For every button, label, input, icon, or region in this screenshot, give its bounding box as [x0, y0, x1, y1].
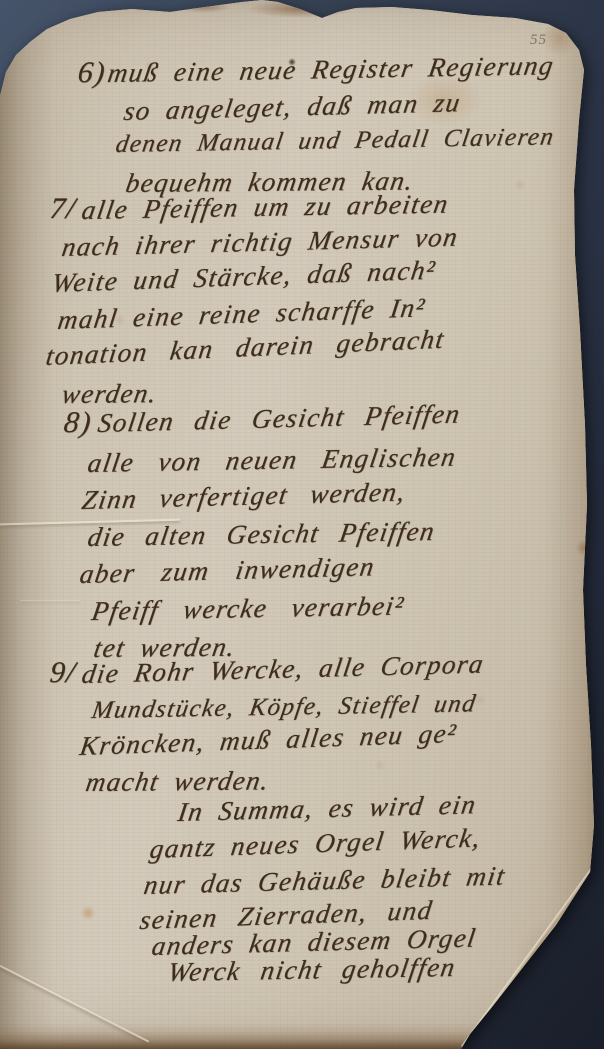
entry-number-7: 7/: [48, 194, 77, 224]
manuscript-line: Mundstücke, Köpfe, Stieffel und: [90, 691, 478, 723]
manuscript-line: Weite und Stärcke, daß nach²: [50, 257, 437, 297]
entry-number-9: 9/: [48, 658, 77, 688]
closing-line: nur das Gehäuße bleibt mit: [142, 863, 507, 899]
manuscript-page: 55 6) muß eine neue Register Regierung s…: [0, 0, 604, 1049]
manuscript-line: macht werden.: [84, 767, 272, 796]
manuscript-line: denen Manual und Pedall Clavieren: [114, 124, 556, 157]
manuscript-line: Zinn verfertiget werden,: [80, 479, 408, 514]
manuscript-line: muß eine neue Register Regierung: [106, 52, 556, 87]
crease-line: [0, 964, 149, 1043]
manuscript-line: die alten Gesicht Pfeiffen: [86, 518, 437, 551]
manuscript-line: so angeleget, daß man zu: [122, 89, 463, 125]
paper-shadow: 55 6) muß eine neue Register Regierung s…: [0, 0, 604, 1049]
torn-edge: [461, 868, 595, 1049]
closing-line: In Summa, es wird ein: [176, 791, 478, 826]
closing-line: Werck nicht geholffen: [166, 954, 458, 986]
page-number: 55: [530, 32, 547, 49]
manuscript-line: Kröncken, muß alles neu ge²: [78, 720, 458, 760]
manuscript-photo: 55 6) muß eine neue Register Regierung s…: [0, 0, 604, 1049]
manuscript-line: Sollen die Gesicht Pfeiffen: [96, 401, 463, 437]
entry-number-6: 6): [76, 58, 107, 88]
closing-line: gantz neues Orgel Werck,: [148, 825, 483, 863]
manuscript-line: Pfeiff wercke verarbei²: [90, 593, 406, 625]
manuscript-line: alle von neuen Englischen: [86, 444, 459, 477]
manuscript-line: aber zum inwendigen: [78, 553, 377, 588]
entry-number-8: 8): [62, 408, 93, 438]
manuscript-line: werden.: [60, 380, 160, 408]
manuscript-line: alle Pfeiffen um zu arbeiten: [80, 191, 451, 224]
crease-line: [20, 600, 80, 601]
